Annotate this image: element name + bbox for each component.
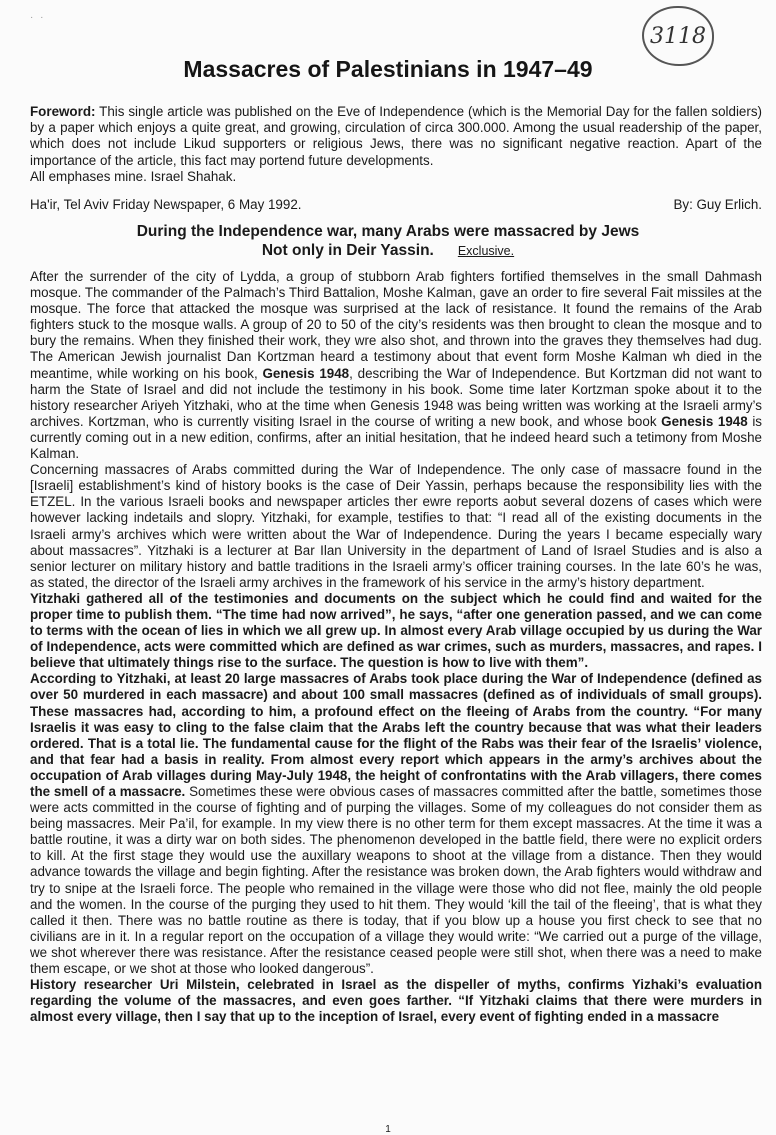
- document-page: · · 3118 Massacres of Palestinians in 19…: [0, 0, 776, 1135]
- article-headline: During the Independence war, many Arabs …: [0, 222, 776, 261]
- foreword-signature: All emphases mine. Israel Shahak.: [30, 169, 236, 184]
- byline: By: Guy Erlich.: [673, 197, 762, 212]
- article-paragraph: Concerning massacres of Arabs committed …: [30, 462, 762, 591]
- page-number: 1: [0, 1124, 776, 1135]
- foreword: Foreword: This single article was publis…: [30, 104, 762, 185]
- article-paragraph: History researcher Uri Milstein, celebra…: [30, 977, 762, 1025]
- emphasis-text: Genesis 1948: [661, 414, 748, 429]
- headline-line-2: Not only in Deir Yassin.: [262, 242, 434, 259]
- emphasis-text: According to Yitzhaki, at least 20 large…: [30, 671, 762, 799]
- scan-artifact: · ·: [30, 12, 45, 23]
- source-line: Ha'ir, Tel Aviv Friday Newspaper, 6 May …: [30, 197, 762, 212]
- emphasis-text: Yitzhaki gathered all of the testimonies…: [30, 591, 762, 670]
- publication: Ha'ir, Tel Aviv Friday Newspaper, 6 May …: [30, 197, 302, 212]
- paragraph-text: After the surrender of the city of Lydda…: [30, 269, 762, 381]
- article-paragraph: Yitzhaki gathered all of the testimonies…: [30, 591, 762, 671]
- article-paragraph: According to Yitzhaki, at least 20 large…: [30, 671, 762, 977]
- document-title: Massacres of Palestinians in 1947–49: [0, 56, 776, 83]
- paragraph-text: Concerning massacres of Arabs committed …: [30, 462, 762, 590]
- foreword-text: This single article was published on the…: [30, 104, 762, 168]
- article-paragraph: After the surrender of the city of Lydda…: [30, 269, 762, 462]
- article-body: After the surrender of the city of Lydda…: [30, 269, 762, 1025]
- foreword-label: Foreword:: [30, 104, 95, 119]
- paragraph-text: Sometimes these were obvious cases of ma…: [30, 784, 762, 976]
- headline-line-1: During the Independence war, many Arabs …: [0, 222, 776, 241]
- emphasis-text: Genesis 1948: [262, 366, 349, 381]
- emphasis-text: History researcher Uri Milstein, celebra…: [30, 977, 762, 1024]
- exclusive-tag: Exclusive.: [458, 244, 514, 258]
